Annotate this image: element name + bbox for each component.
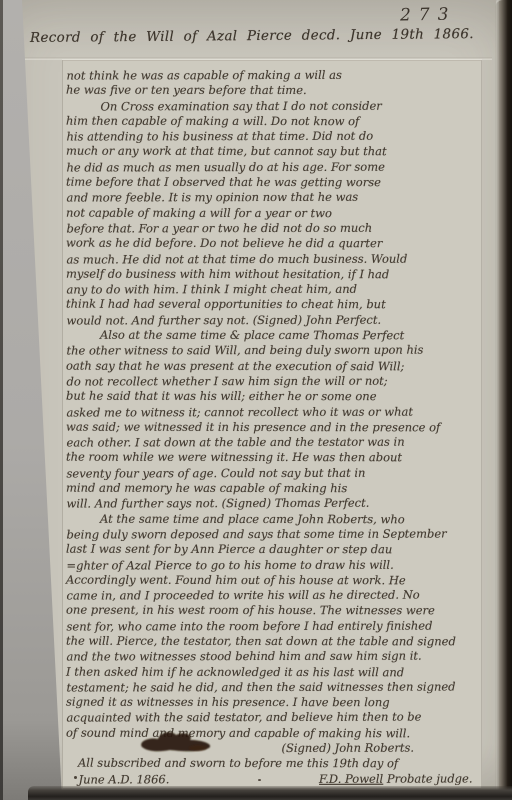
manuscript-body: not think he was as capable of making a …: [66, 68, 478, 787]
manuscript-line: testament; he said he did, and then the …: [66, 679, 478, 695]
ink-speck: [74, 776, 77, 779]
manuscript-line: of sound mind and memory and capable of …: [66, 725, 478, 741]
manuscript-line: myself do business with him without hesi…: [66, 266, 478, 282]
manuscript-line: but he said that it was his will; either…: [66, 389, 478, 405]
manuscript-line: All subscribed and sworn to before me th…: [66, 756, 478, 772]
manuscript-line: before that. For a year or two he did no…: [66, 220, 478, 236]
manuscript-line: work as he did before. Do not believe he…: [66, 236, 478, 252]
paper-seam: [20, 57, 492, 60]
manuscript-line: (Signed) John Roberts.: [66, 741, 478, 757]
manuscript-line: the room while we were witnessing it. He…: [66, 450, 478, 466]
manuscript-line: one present, in his west room of his hou…: [66, 603, 478, 619]
manuscript-line: him then capable of making a will. Do no…: [66, 114, 478, 130]
page-number: 273: [399, 5, 456, 26]
manuscript-line: mind and memory he was capable of making…: [66, 481, 478, 497]
manuscript-line: and more feeble. It is my opinion now th…: [66, 190, 478, 206]
manuscript-line: oath say that he was present at the exec…: [66, 358, 478, 374]
page-title: Record of the Will of Azal Pierce decd. …: [30, 26, 480, 46]
judge-title: Probate judge.: [383, 771, 472, 787]
manuscript-line: Accordingly went. Found him out of his h…: [66, 572, 478, 588]
manuscript-line: not capable of making a will for a year …: [66, 205, 478, 221]
manuscript-line: his attending to his business at that ti…: [66, 129, 478, 145]
manuscript-line: June A.D. 1866.F.D. Powell Probate judge…: [66, 771, 478, 787]
manuscript-line: would not. And further say not. (Signed)…: [66, 312, 478, 328]
scanned-page: 273 Record of the Will of Azal Pierce de…: [0, 0, 512, 800]
manuscript-line: =ghter of Azal Pierce to go to his home …: [66, 557, 478, 573]
book-bottom-shadow: [28, 786, 512, 800]
manuscript-line: each other. I sat down at the table and …: [66, 435, 478, 451]
manuscript-line: came in, and I proceeded to write his wi…: [66, 588, 478, 604]
ink-blot: [136, 729, 222, 757]
manuscript-line: any to do with him. I think I might chea…: [66, 282, 478, 298]
manuscript-line: not think he was as capable of making a …: [66, 67, 478, 83]
manuscript-line: being duly sworn deposed and says that s…: [66, 526, 478, 542]
manuscript-line: and the two witnesses stood behind him a…: [66, 649, 478, 665]
manuscript-line: the will. Pierce, the testator, then sat…: [66, 634, 478, 650]
judge-signature: F.D. Powell: [319, 771, 383, 786]
manuscript-line: On Cross examination say that I do not c…: [66, 98, 478, 114]
manuscript-line: he was five or ten years before that tim…: [66, 83, 478, 99]
attest-date: June A.D. 1866.: [78, 772, 169, 788]
manuscript-line: time before that I observed that he was …: [66, 175, 478, 191]
manuscript-line: sent for, who came into the room before …: [66, 618, 478, 634]
manuscript-line: last I was sent for by Ann Pierce a daug…: [66, 542, 478, 558]
manuscript-line: do not recollect whether I saw him sign …: [66, 373, 478, 389]
manuscript-line: think I had had several opportunities to…: [66, 297, 478, 313]
manuscript-line: asked me to witness it; cannot recollect…: [66, 404, 478, 420]
book-gutter: [0, 0, 66, 800]
manuscript-line: will. And further says not. (Signed) Tho…: [66, 496, 478, 512]
manuscript-line: seventy four years of age. Could not say…: [66, 465, 478, 481]
manuscript-line: I then asked him if he acknowledged it a…: [66, 664, 478, 680]
manuscript-line: the other witness to said Will, and bein…: [66, 343, 478, 359]
page-edge-shadow: [495, 0, 512, 800]
manuscript-line: as much. He did not at that time do much…: [66, 251, 478, 267]
ink-blot-shape: [136, 729, 222, 757]
manuscript-line: At the same time and place came John Rob…: [66, 511, 478, 527]
spacer: [169, 772, 319, 788]
manuscript-line: Also at the same time & place came Thoma…: [66, 328, 478, 344]
manuscript-line: was said; we witnessed it in his presenc…: [66, 419, 478, 435]
manuscript-line: much or any work at that time, but canno…: [66, 144, 478, 160]
binding-edge: [0, 0, 3, 800]
ink-speck: [258, 779, 261, 781]
manuscript-line: he did as much as men usually do at his …: [66, 159, 478, 175]
manuscript-line: signed it as witnesses in his presence. …: [66, 695, 478, 711]
manuscript-line: acquainted with the said testator, and b…: [66, 710, 478, 726]
